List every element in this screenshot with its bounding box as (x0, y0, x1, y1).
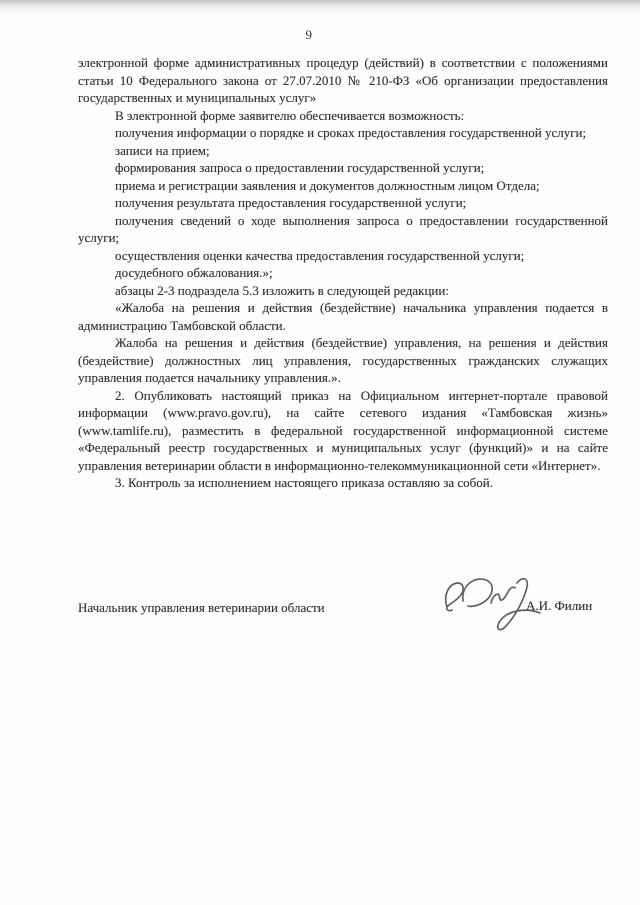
paragraph: 2. Опубликовать настоящий приказ на Офиц… (78, 387, 608, 475)
page-number: 9 (78, 27, 540, 43)
paragraph: формирования запроса о предоставлении го… (78, 159, 608, 177)
paragraph: абзацы 2-3 подраздела 5.3 изложить в сле… (78, 282, 608, 300)
paragraph: досудебного обжалования.»; (78, 264, 608, 282)
signatory-title: Начальник управления ветеринарии области (78, 600, 358, 617)
document-body: электронной форме административных проце… (78, 54, 608, 492)
signer-name: А.И. Филин (526, 598, 592, 614)
scanned-document-page: 9 электронной форме административных про… (0, 0, 640, 905)
paragraph: Жалоба на решения и действия (бездействи… (78, 334, 608, 387)
paragraph: приема и регистрации заявления и докумен… (78, 177, 608, 195)
paragraph: получения информации о порядке и сроках … (78, 124, 608, 142)
scan-edge-artifact (0, 0, 640, 14)
paragraph: электронной форме административных проце… (78, 54, 608, 107)
paragraph: получения результата предоставления госу… (78, 194, 608, 212)
paragraph: получения сведений о ходе выполнения зап… (78, 212, 608, 247)
paragraph: записи на прием; (78, 142, 608, 160)
paragraph: «Жалоба на решения и действия (бездейств… (78, 299, 608, 334)
paragraph: В электронной форме заявителю обеспечива… (78, 107, 608, 125)
paragraph: 3. Контроль за исполнением настоящего пр… (78, 474, 608, 492)
paragraph: осуществления оценки качества предоставл… (78, 247, 608, 265)
